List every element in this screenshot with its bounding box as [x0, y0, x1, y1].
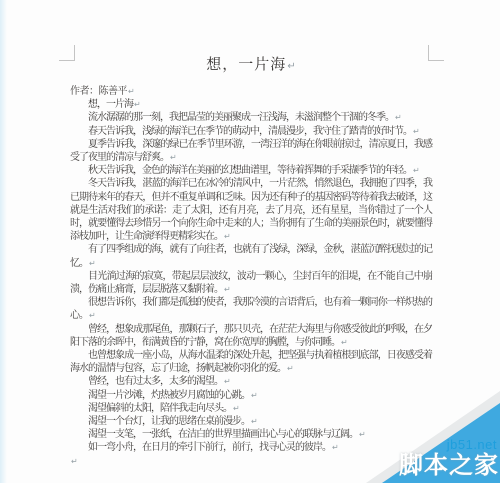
- paragraph-text: 冬天告诉我，湛蓝的海洋已在冰冷的清风中，一片茫然，悄然退色，我拥抱了四季，我已期…: [70, 178, 432, 242]
- document-title: 想，一片海↵: [70, 54, 432, 78]
- paragraph: 春天告诉我，浅绿的海洋已在季节的萌动中，清晨漫步，我守住了踏青的好时节。↵: [70, 125, 432, 138]
- paragraph-mark-icon: ↵: [233, 404, 240, 413]
- paragraph-text: 渴望一片沙滩，灼热被岁月腐蚀的心跳。: [88, 390, 250, 401]
- paragraph: 流水潺潺的那一刻，我把晶莹的美丽聚成一汪浅海，未滋润整个干涸的冬季。↵: [70, 111, 432, 124]
- paragraph-text: 有了四季组成的海，就有了向往者，也就有了浅绿，深绿，金秋，湛蓝沉醉抚慰过的记忆。: [70, 244, 432, 268]
- paragraph-mark-icon: ↵: [170, 153, 177, 162]
- paragraph-mark-icon: ↵: [332, 443, 339, 452]
- paragraph-text: 很想告诉你，我们都是孤独的使者，我那冷漠的言语背后，也有着一颗同你一样炽热的心。: [70, 297, 432, 321]
- document-title-text: 想，一片海: [206, 57, 286, 73]
- paragraph-mark-icon: ↵: [341, 338, 348, 347]
- paragraph-mark-icon: ↵: [287, 364, 294, 373]
- paragraph-text: 渴望一支笔，一张纸，在洁白的世界里描画出心与心的联脉与辽阔。: [88, 429, 358, 440]
- paragraph: 想，一片海↵: [70, 98, 432, 111]
- paragraph-mark-icon: ↵: [89, 311, 96, 320]
- paragraph-text: 渴望偏斜的太阳，陪伴我走向尽头。: [88, 403, 232, 414]
- paragraph: 秋天告诉我，金色的海洋在美丽的幻想曲谱里，等待着挥舞的手采撷季节的年轻。↵: [70, 164, 432, 177]
- paragraph: 曾经，想象成那尾鱼，那颗石子，那只贝壳，在茫茫大海里与你感受彼此的呼吸，在夕阳下…: [70, 323, 432, 349]
- paragraph-text: 曾经，也有过太多，太多的渴望。: [88, 376, 223, 387]
- paragraph: 很想告诉你，我们都是孤独的使者，我那冷漠的言语背后，也有着一颗同你一样炽热的心。…: [70, 296, 432, 322]
- paragraph-mark-icon: ↵: [413, 166, 420, 175]
- paragraph-mark-icon: ↵: [224, 377, 231, 386]
- paragraph: 有了四季组成的海，就有了向往者，也就有了浅绿，深绿，金秋，湛蓝沉醉抚慰过的记忆。…: [70, 243, 432, 269]
- paragraph-mark-icon: ↵: [413, 127, 420, 136]
- paragraph-text: 曾经，想象成那尾鱼，那颗石子，那只贝壳，在茫茫大海里与你感受彼此的呼吸，在夕阳下…: [70, 324, 432, 348]
- page-edge-tint: [0, 0, 7, 483]
- paragraph: 目光淌过海的寂寞，带起层层波纹，波动一颗心，尘封百年的泪堤，在不能自己中崩溃，伤…: [70, 270, 432, 296]
- document-page: 想，一片海↵ 作者：陈善平↵ 想，一片海↵流水潺潺的那一刻，我把晶莹的美丽聚成一…: [0, 0, 500, 483]
- paragraph-text: 春天告诉我，浅绿的海洋已在季节的萌动中，清晨漫步，我守住了踏青的好时节。: [88, 126, 412, 137]
- paragraph-text: 目光淌过海的寂寞，带起层层波纹，波动一颗心，尘封百年的泪堤，在不能自己中崩溃，伤…: [70, 271, 432, 295]
- paragraph-mark-icon: ↵: [251, 417, 258, 426]
- paragraph-text: 如一弯小舟，在日月的牵引下前行，前行，找寻心灵的彼岸。: [88, 442, 331, 453]
- paragraph: 冬天告诉我，湛蓝的海洋已在冰冷的清风中，一片茫然，悄然退色，我拥抱了四季，我已期…: [70, 177, 432, 243]
- paragraph-text: 也曾想象成一座小岛，从海水温柔的深处升起，把坚强与执着植根到底部，日夜感受着海水…: [70, 350, 432, 374]
- watermark-site-name: 脚本之家: [399, 445, 499, 480]
- paragraph-mark-icon: ↵: [287, 61, 295, 72]
- author-line-text: 作者：陈善平: [70, 86, 127, 97]
- paragraph-text: 夏季告诉我，深邃的绿已在季节里环游，一湾汪洋的海在你眼前掠过，清凉夏日，我感受了…: [70, 139, 432, 163]
- paragraph-text: 想，一片海: [88, 99, 133, 110]
- paragraph: 也曾想象成一座小岛，从海水温柔的深处升起，把坚强与执着植根到底部，日夜感受着海水…: [70, 349, 432, 375]
- paragraph-mark-icon: ↵: [71, 457, 78, 466]
- paragraph-mark-icon: ↵: [224, 232, 231, 241]
- paragraph-mark-icon: ↵: [395, 113, 402, 122]
- author-line: 作者：陈善平↵: [70, 85, 432, 98]
- paragraph-mark-icon: ↵: [89, 259, 96, 268]
- paragraph-mark-icon: ↵: [224, 285, 231, 294]
- paragraph-mark-icon: ↵: [251, 391, 258, 400]
- paragraph-text: 渴望一个台灯，让我的思绪在桌前漫步。: [88, 416, 250, 427]
- site-watermark: jb51.net 脚本之家: [360, 387, 500, 483]
- paragraph-mark-icon: ↵: [128, 87, 135, 96]
- paragraph: 夏季告诉我，深邃的绿已在季节里环游，一湾汪洋的海在你眼前掠过，清凉夏日，我感受了…: [70, 138, 432, 164]
- paragraph-text: 流水潺潺的那一刻，我把晶莹的美丽聚成一汪浅海，未滋润整个干涸的冬季。: [88, 112, 394, 123]
- paragraph-mark-icon: ↵: [134, 100, 141, 109]
- paragraph-text: 秋天告诉我，金色的海洋在美丽的幻想曲谱里，等待着挥舞的手采撷季节的年轻。: [88, 165, 412, 176]
